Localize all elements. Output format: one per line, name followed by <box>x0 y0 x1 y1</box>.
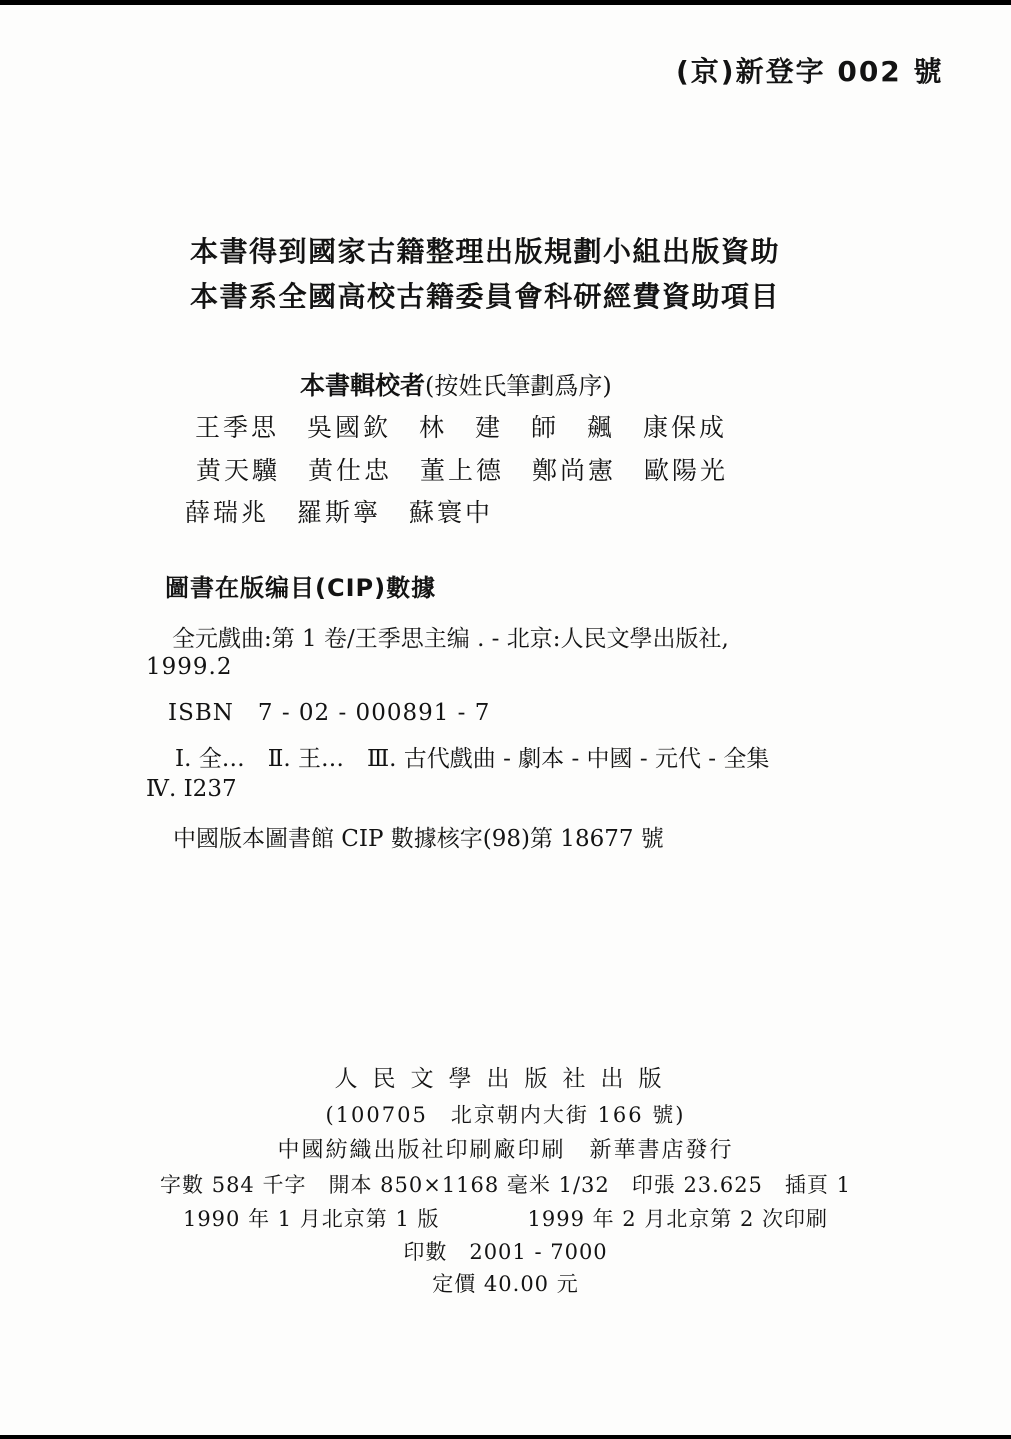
cip-title-line: 全元戲曲:第 1 卷/王季思主编 . - 北京:人民文學出版社, <box>172 620 729 653</box>
colophon-print-specs: 字數 584 千字 開本 850×1168 毫米 1/32 印張 23.625 … <box>0 1169 1011 1199</box>
colophon-print-run: 印數 2001 - 7000 <box>0 1236 1011 1266</box>
colophon-publisher: 人民文學出版社出版 <box>0 1060 1011 1093</box>
editors-row-3: 薛瑞兆 羅斯寧 蘇寰中 <box>185 493 493 529</box>
funding-statement-line-2: 本書系全國高校古籍委員會科研經費資助項目 <box>190 275 780 315</box>
colophon-edition-info: 1990 年 1 月北京第 1 版 1999 年 2 月北京第 2 次印刷 <box>0 1203 1011 1233</box>
book-copyright-page: (京)新登字 002 號 本書得到國家古籍整理出版規劃小組出版資助 本書系全國高… <box>0 0 1011 1439</box>
editors-heading-title: 本書輯校者 <box>300 371 425 400</box>
cip-isbn: ISBN 7 - 02 - 000891 - 7 <box>168 694 490 727</box>
colophon-printer-distributor: 中國紡織出版社印刷廠印刷 新華書店發行 <box>0 1133 1011 1164</box>
colophon-price: 定價 40.00 元 <box>0 1268 1011 1298</box>
editors-row-1: 王季思 吳國欽 林 建 師 飆 康保成 <box>195 408 727 444</box>
cip-year-line: 1999.2 <box>146 654 232 680</box>
cip-heading: 圖書在版编目(CIP)數據 <box>165 568 436 603</box>
cip-classification-line-2: Ⅳ. I237 <box>146 776 237 802</box>
editors-heading: 本書輯校者(按姓氏筆劃爲序) <box>300 366 612 402</box>
cip-record-number: 中國版本圖書館 CIP 數據核字(98)第 18677 號 <box>173 820 664 853</box>
colophon-address: (100705 北京朝内大街 166 號) <box>0 1099 1011 1129</box>
scan-border-top <box>0 0 1011 5</box>
editors-heading-note: (按姓氏筆劃爲序) <box>425 372 612 400</box>
funding-statement-line-1: 本書得到國家古籍整理出版規劃小組出版資助 <box>190 230 780 270</box>
registration-number: (京)新登字 002 號 <box>676 50 944 90</box>
editors-row-2: 黄天驥 黄仕忠 董上德 鄭尚憲 歐陽光 <box>196 451 728 487</box>
cip-classification-line-1: Ⅰ. 全… Ⅱ. 王… Ⅲ. 古代戲曲 - 劇本 - 中國 - 元代 - 全集 <box>175 740 769 773</box>
scan-border-bottom <box>0 1435 1011 1439</box>
